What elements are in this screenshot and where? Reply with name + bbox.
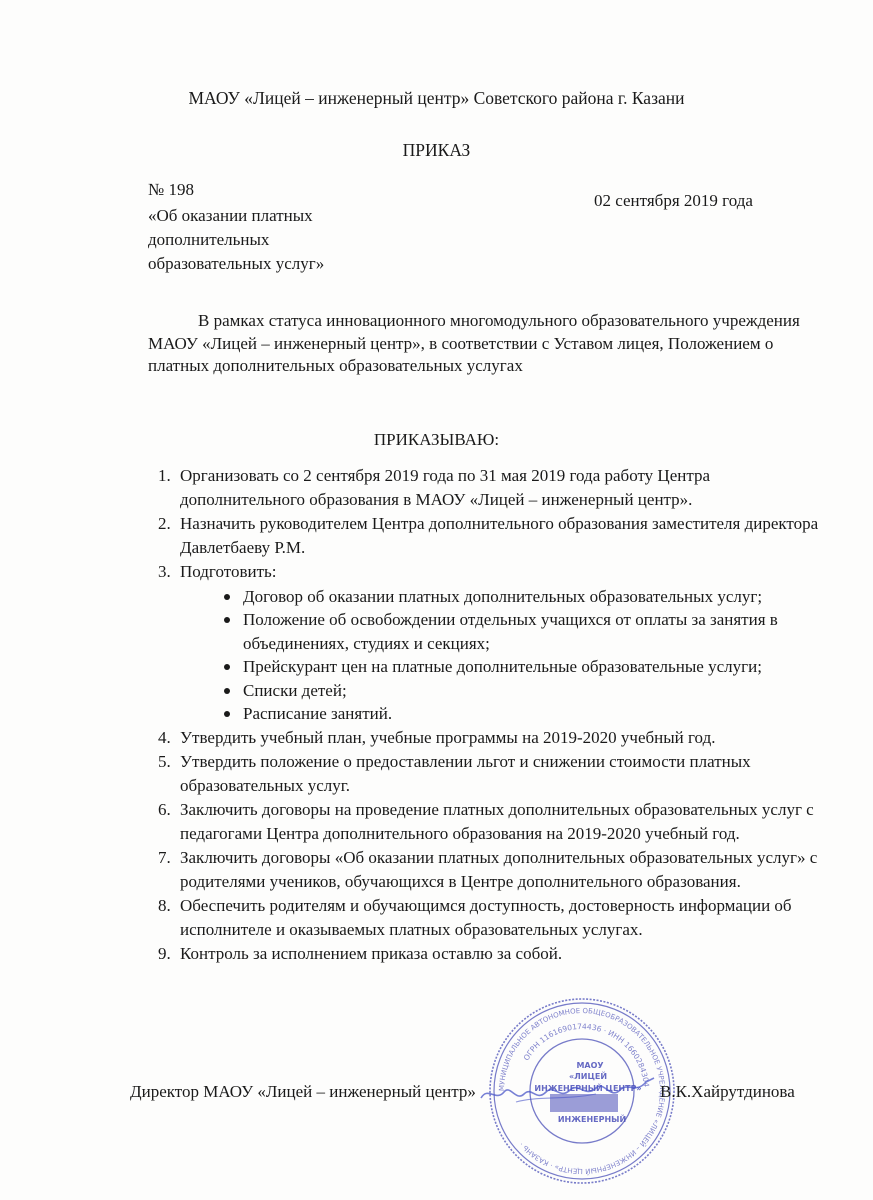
item-text: Организовать со 2 сентября 2019 года по … [180,466,710,509]
order-item: 5. Утвердить положение о предоставлении … [148,750,838,797]
bullet-icon [224,594,230,600]
sub-item: Договор об оказании платных дополнительн… [148,585,838,609]
prepare-subitems-list: Договор об оказании платных дополнительн… [148,585,838,726]
bullet-icon [224,711,230,717]
order-date: 02 сентября 2019 года [594,191,753,211]
order-item: 6. Заключить договоры на проведение плат… [148,798,838,845]
order-item: 1. Организовать со 2 сентября 2019 года … [148,464,838,511]
order-item: 3. Подготовить: [148,560,838,584]
item-number: 2. [158,512,171,536]
order-items-list: 1. Организовать со 2 сентября 2019 года … [148,464,838,967]
order-number: № 198 [148,180,194,200]
item-text: Обеспечить родителям и обучающимся досту… [180,896,792,939]
item-text: Контроль за исполнением приказа оставлю … [180,944,562,963]
sub-item: Положение об освобождении отдельных учащ… [148,608,838,655]
item-number: 7. [158,846,171,870]
order-subject: «Об оказании платных дополнительных обра… [148,204,368,276]
item-text: Подготовить: [180,562,277,581]
subject-line: дополнительных [148,228,368,252]
subject-line: «Об оказании платных [148,204,368,228]
sub-item: Списки детей; [148,679,838,703]
sub-item-text: Договор об оказании платных дополнительн… [243,587,762,606]
subject-line: образовательных услуг» [148,252,368,276]
item-text: Заключить договоры на проведение платных… [180,800,814,843]
item-text: Заключить договоры «Об оказании платных … [180,848,817,891]
sub-item-text: Положение об освобождении отдельных учащ… [243,610,778,653]
sub-item-text: Прейскурант цен на платные дополнительны… [243,657,762,676]
item-number: 4. [158,726,171,750]
signatory-name: В.К.Хайрутдинова [660,1082,795,1102]
document-page: МАОУ «Лицей – инженерный центр» Советско… [0,0,873,1200]
item-number: 5. [158,750,171,774]
sub-item: Прейскурант цен на платные дополнительны… [148,655,838,679]
order-item: 7. Заключить договоры «Об оказании платн… [148,846,838,893]
item-number: 8. [158,894,171,918]
document-title: ПРИКАЗ [0,140,873,161]
organization-header: МАОУ «Лицей – инженерный центр» Советско… [0,88,873,109]
sub-item-text: Списки детей; [243,681,347,700]
order-item: 4. Утвердить учебный план, учебные прогр… [148,726,838,750]
signatory-position: Директор МАОУ «Лицей – инженерный центр» [130,1082,476,1102]
item-text: Назначить руководителем Центра дополните… [180,514,818,557]
order-item: 9. Контроль за исполнением приказа остав… [148,942,838,966]
order-item: 2. Назначить руководителем Центра дополн… [148,512,838,559]
order-heading: ПРИКАЗЫВАЮ: [0,430,873,450]
bullet-icon [224,688,230,694]
item-number: 1. [158,464,171,488]
item-number: 9. [158,942,171,966]
item-number: 3. [158,560,171,584]
svg-text:МАОУ: МАОУ [576,1061,603,1070]
signature-icon [476,1072,661,1110]
order-item: 8. Обеспечить родителям и обучающимся до… [148,894,838,941]
svg-text:ИНЖЕНЕРНЫЙ: ИНЖЕНЕРНЫЙ [558,1113,626,1124]
sub-item: Расписание занятий. [148,702,838,726]
bullet-icon [224,617,230,623]
preamble-paragraph: В рамках статуса инновационного многомод… [148,310,818,378]
bullet-icon [224,664,230,670]
item-text: Утвердить положение о предоставлении льг… [180,752,751,795]
sub-item-text: Расписание занятий. [243,704,392,723]
item-number: 6. [158,798,171,822]
item-text: Утвердить учебный план, учебные программ… [180,728,715,747]
